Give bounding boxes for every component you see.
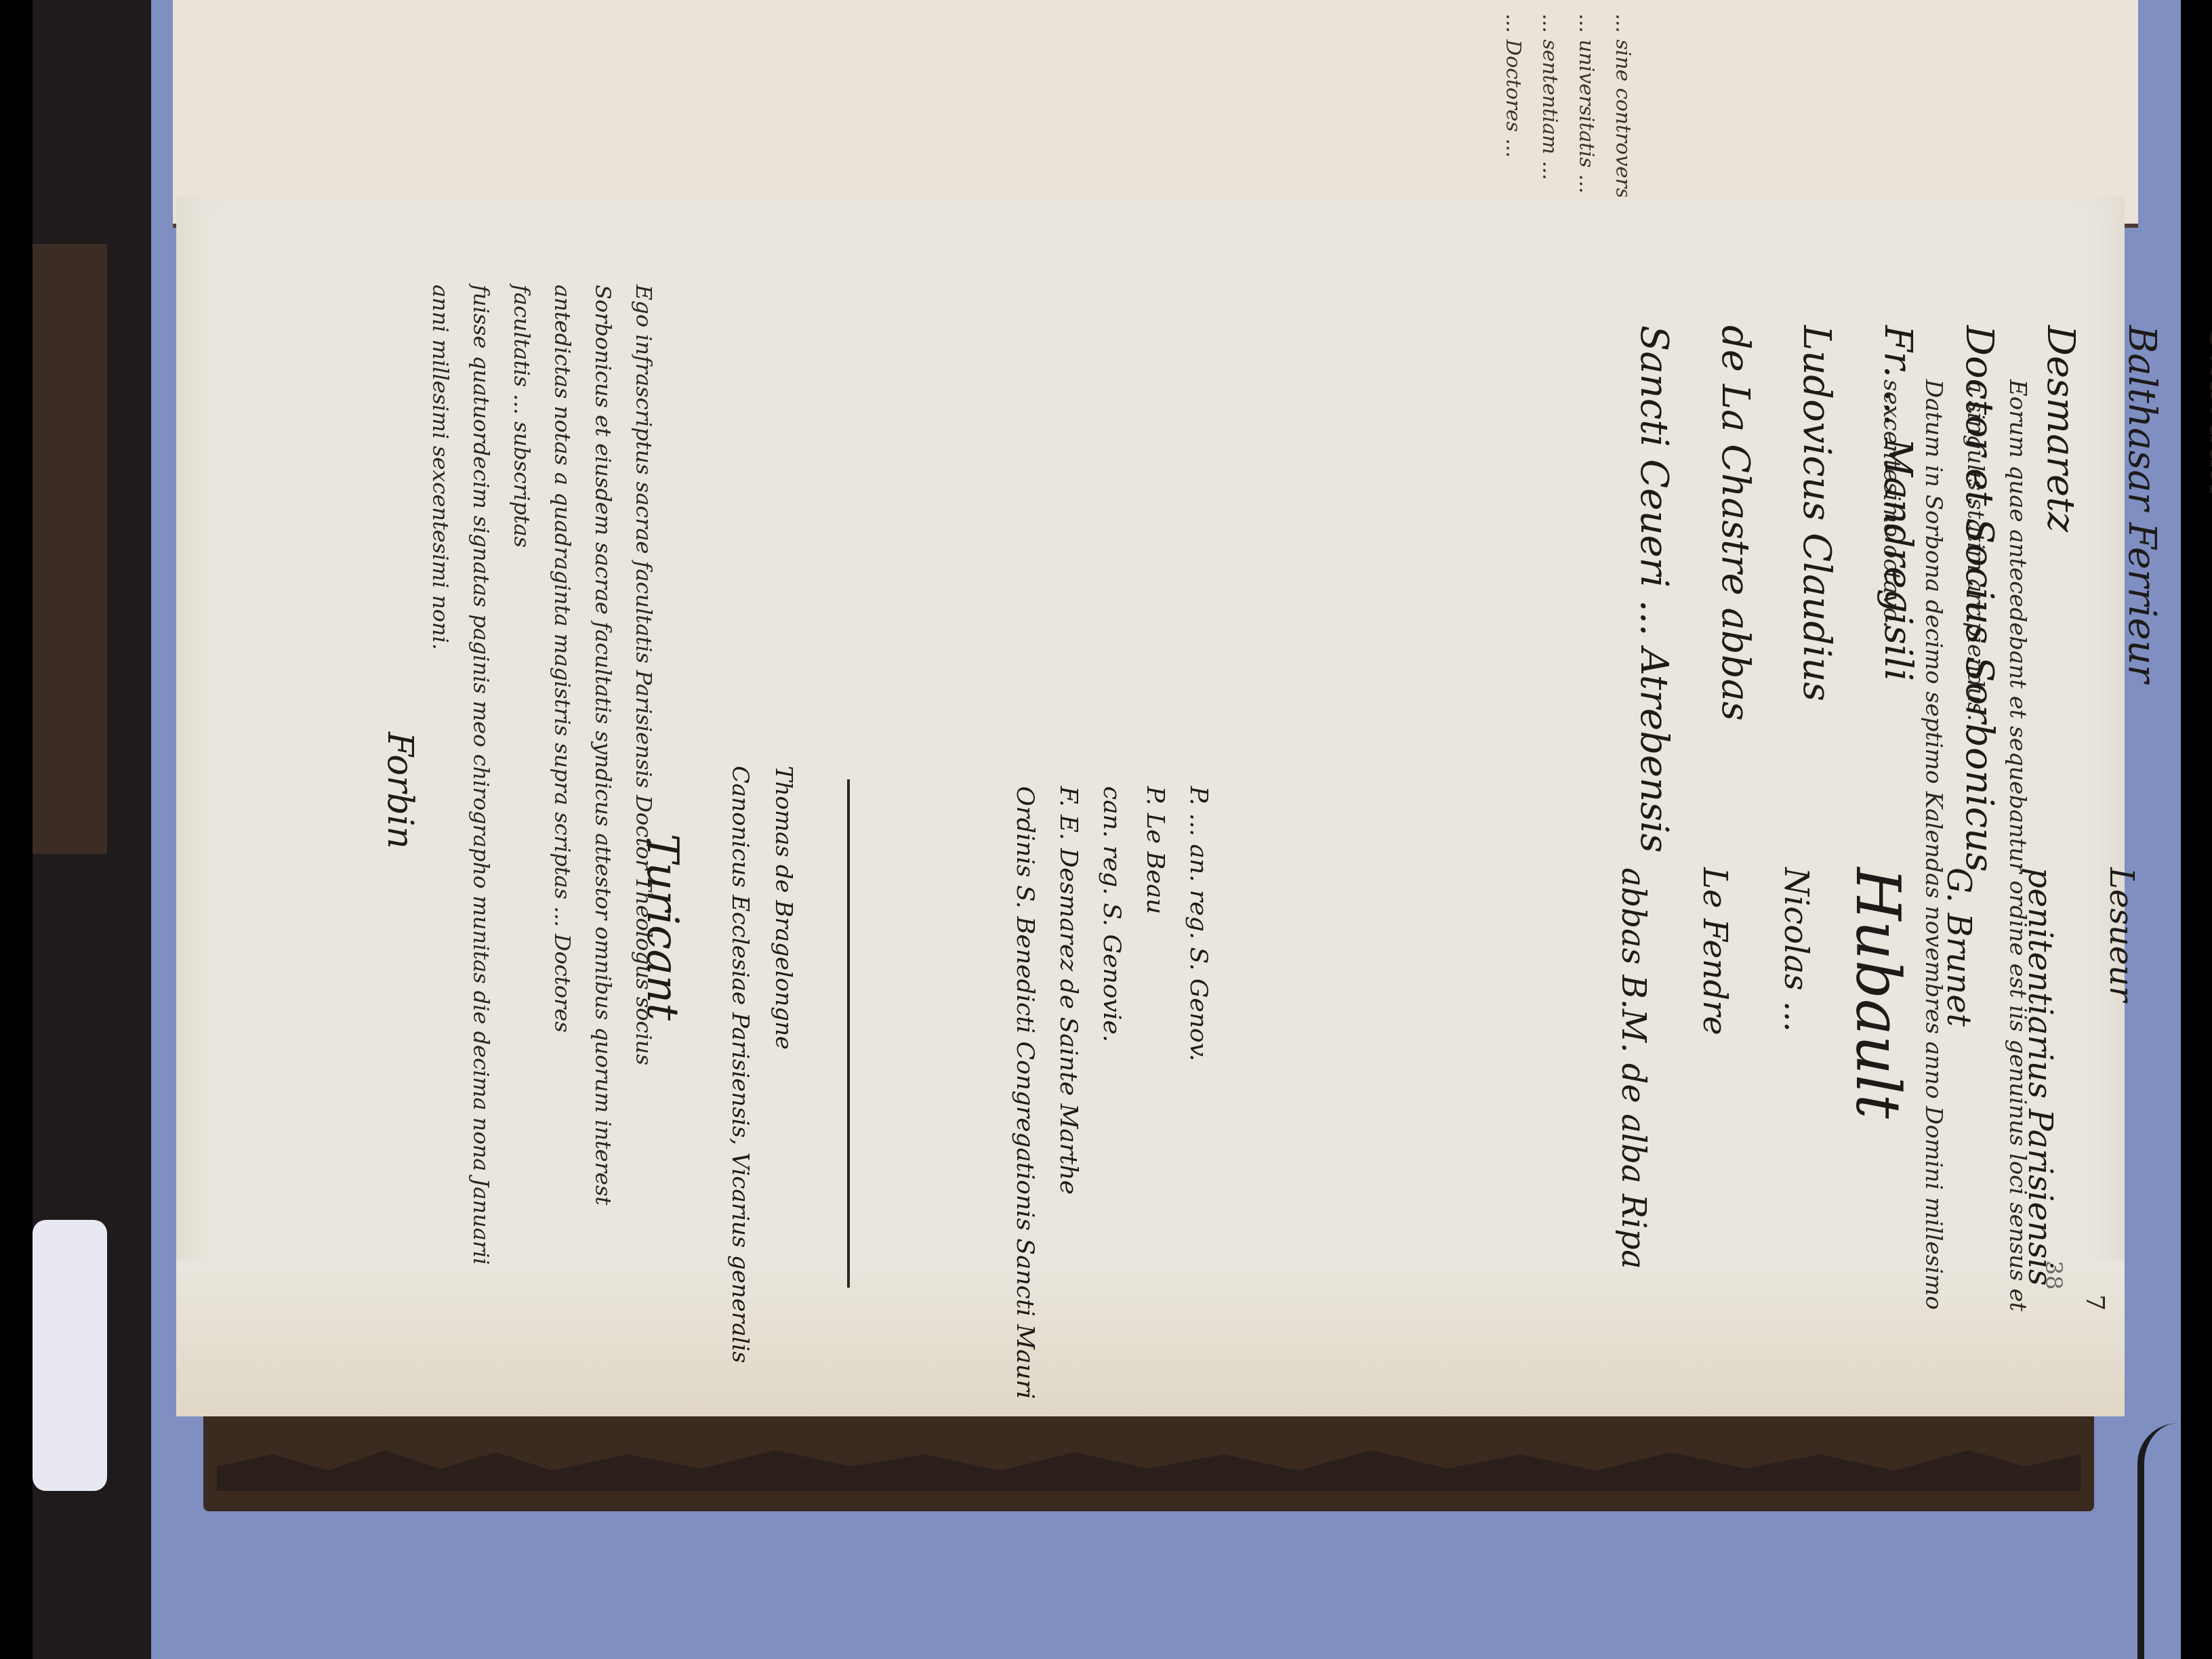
- attestation-text: Ego infrascriptus sacrae facultatis Pari…: [420, 285, 664, 1265]
- text-line: Ego infrascriptus sacrae facultatis Pari…: [623, 285, 664, 1265]
- folio-mark: 7: [2081, 1294, 2110, 1311]
- signature: Thomas de Bragelongne: [762, 766, 805, 1364]
- attestation-signature: Forbin: [380, 732, 420, 849]
- text-line: fuisse quatuordecim signatas paginis meo…: [461, 285, 501, 1265]
- signature-title: Doctor et Socius Sorbonicus: [1938, 325, 2020, 938]
- signature: Chavault: [2182, 325, 2212, 938]
- signature: G. Brunet: [1918, 867, 1999, 1286]
- signature: Lesueur: [2081, 867, 2162, 1286]
- text-line: anni millesimi sexcentesimi noni.: [420, 285, 461, 1265]
- text-line: antedictas notas a quadraginta magistris…: [542, 285, 583, 1265]
- left-dark-edge: [33, 0, 151, 1659]
- signature-title: Canonicus Ecclesiae Parisiensis, Vicariu…: [718, 766, 762, 1364]
- signature-title: de La Chastre abbas: [1694, 325, 1776, 938]
- signature-block-left: Leonardus Magister Canonicus Ecclesiae P…: [1613, 325, 2212, 938]
- wooden-edge: [33, 244, 107, 854]
- facing-page: ... sine controversia ... ... universita…: [173, 0, 2138, 228]
- signature: Sancti Ceueri ... Atrebensis: [1613, 325, 1694, 938]
- signature-title: abbas B.M. de alba Ripa: [1593, 867, 1674, 1286]
- signature: Nicolas ...: [1755, 867, 1837, 1286]
- signature: Ludovicus Claudius: [1776, 325, 1857, 938]
- signature-title: Ordinis S. Benedicti Congregationis Sanc…: [1003, 786, 1046, 1399]
- signature-title: can. reg. S. Genovie.: [1090, 786, 1133, 1399]
- signature-title: penitentiarius Parisiensis: [1999, 867, 2081, 1286]
- signature: Fr. ... Mandregisili: [1857, 325, 1938, 938]
- rule-line: [847, 779, 850, 1288]
- signature-block-canons: P. ... an. reg. S. Genov. P. Le Beau can…: [1003, 786, 1220, 1399]
- signature: Desmaretz: [2020, 325, 2101, 938]
- signature: Hubault: [1837, 867, 1918, 1286]
- signature: Le Fendre: [1674, 867, 1755, 1286]
- signature-vicar: Thomas de Bragelongne Canonicus Ecclesia…: [718, 766, 805, 1364]
- signature: P. Le Beau: [1133, 786, 1176, 1399]
- signature: Balthasar Ferrieur: [2101, 325, 2182, 938]
- text-line: Sorbonicus et eiusdem sacrae facultatis …: [583, 285, 623, 1265]
- text-line: facultatis ... subscriptas: [501, 285, 542, 1265]
- signature-block-right: Lesueur penitentiarius Parisiensis G. Br…: [1593, 867, 2162, 1286]
- signature: F. E. Desmarez de Sainte Marthe: [1046, 786, 1090, 1399]
- cable: [2137, 1423, 2185, 1659]
- cloth: [33, 1220, 107, 1491]
- signature: P. ... an. reg. S. Genov.: [1176, 786, 1220, 1399]
